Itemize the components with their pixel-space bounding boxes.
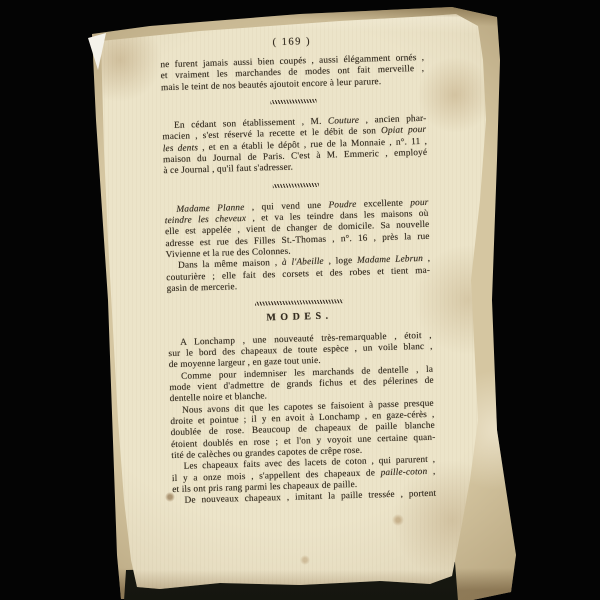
paragraph: Dans la même maison , à l'Abeille , loge…	[166, 254, 431, 295]
section-divider	[270, 99, 316, 104]
section-divider	[255, 299, 343, 305]
text-column: ( 169 ) ne furent jamais aussi bien coup…	[160, 33, 437, 508]
section-divider	[273, 183, 319, 188]
paragraph: Nous avons dit que les capotes se faisoi…	[170, 398, 435, 462]
paragraph: ne furent jamais aussi bien coupés , aus…	[160, 53, 425, 94]
paragraph: En cédant son établissement , M. Couture…	[162, 114, 427, 178]
photo-background: ( 169 ) ne furent jamais aussi bien coup…	[0, 0, 600, 600]
paragraph: Madame Planne , qui vend une Poudre exce…	[164, 198, 429, 262]
page-body: ne furent jamais aussi bien coupés , aus…	[160, 53, 436, 508]
section-heading: MODES.	[167, 307, 431, 325]
